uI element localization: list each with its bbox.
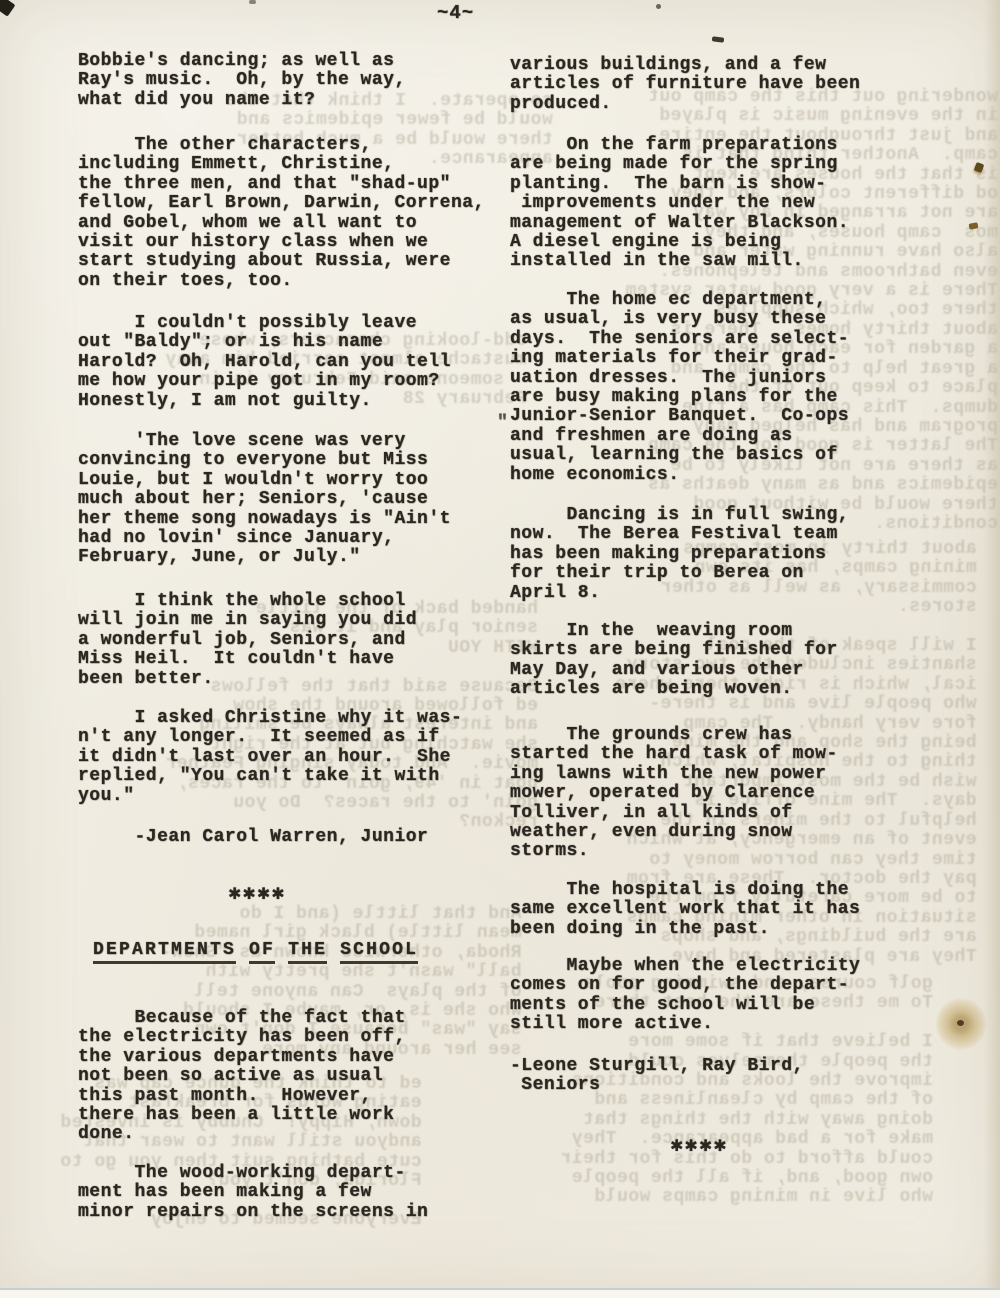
author-signature: -Jean Carol Warren, Junior (78, 828, 428, 847)
paragraph: On the farm preparations are being made … (510, 136, 849, 272)
paragraph: Bobbie's dancing; as well as Ray's music… (78, 52, 406, 110)
paragraph: The hospital is doing the same excellent… (510, 881, 860, 939)
right-column: various buildings, and a few articles of… (510, 0, 980, 1298)
paragraph: Dancing is in full swing, now. The Berea… (510, 506, 849, 603)
asterisk-separator: ✱✱✱✱ (670, 1136, 728, 1155)
asterisk-separator: ✱✱✱✱ (228, 884, 286, 903)
paper-stain-dot (957, 1020, 964, 1026)
paragraph: Maybe when the electricity comes on for … (510, 957, 860, 1035)
corner-ink-mark (0, 0, 15, 17)
section-heading: DEPARTMENTS OF THE SCHOOL (93, 941, 418, 960)
paragraph: various buildings, and a few articles of… (510, 56, 860, 114)
paragraph: I asked Christine why it was- n't any lo… (78, 709, 462, 806)
ink-speck (656, 4, 661, 9)
paragraph: Because of the fact that the electricity… (78, 1009, 406, 1145)
paragraph: I couldn't possibly leave out "Baldy"; o… (78, 314, 451, 411)
paragraph: The home ec department, as usual, is ver… (510, 291, 849, 485)
paragraph: The grounds crew has started the hard ta… (510, 726, 838, 862)
scan-bottom-edge (0, 1288, 1000, 1298)
author-signature: -Leone Sturgill, Ray Bird, Seniors (510, 1057, 804, 1096)
paragraph: The other characters, including Emmett, … (78, 136, 485, 291)
scanned-newsletter-page: co-operate. I think that the would be fe… (0, 0, 1000, 1298)
left-column: Bobbie's dancing; as well as Ray's music… (78, 0, 510, 1298)
paragraph: I think the whole school will join me in… (78, 592, 417, 689)
paragraph: In the weaving room skirts are being fin… (510, 622, 838, 700)
paragraph: 'The love scene was very convincing to e… (78, 432, 451, 568)
ink-speck (249, 0, 256, 4)
scan-right-edge-shading (984, 0, 1000, 1298)
paragraph: The wood-working depart- ment has been m… (78, 1164, 428, 1222)
